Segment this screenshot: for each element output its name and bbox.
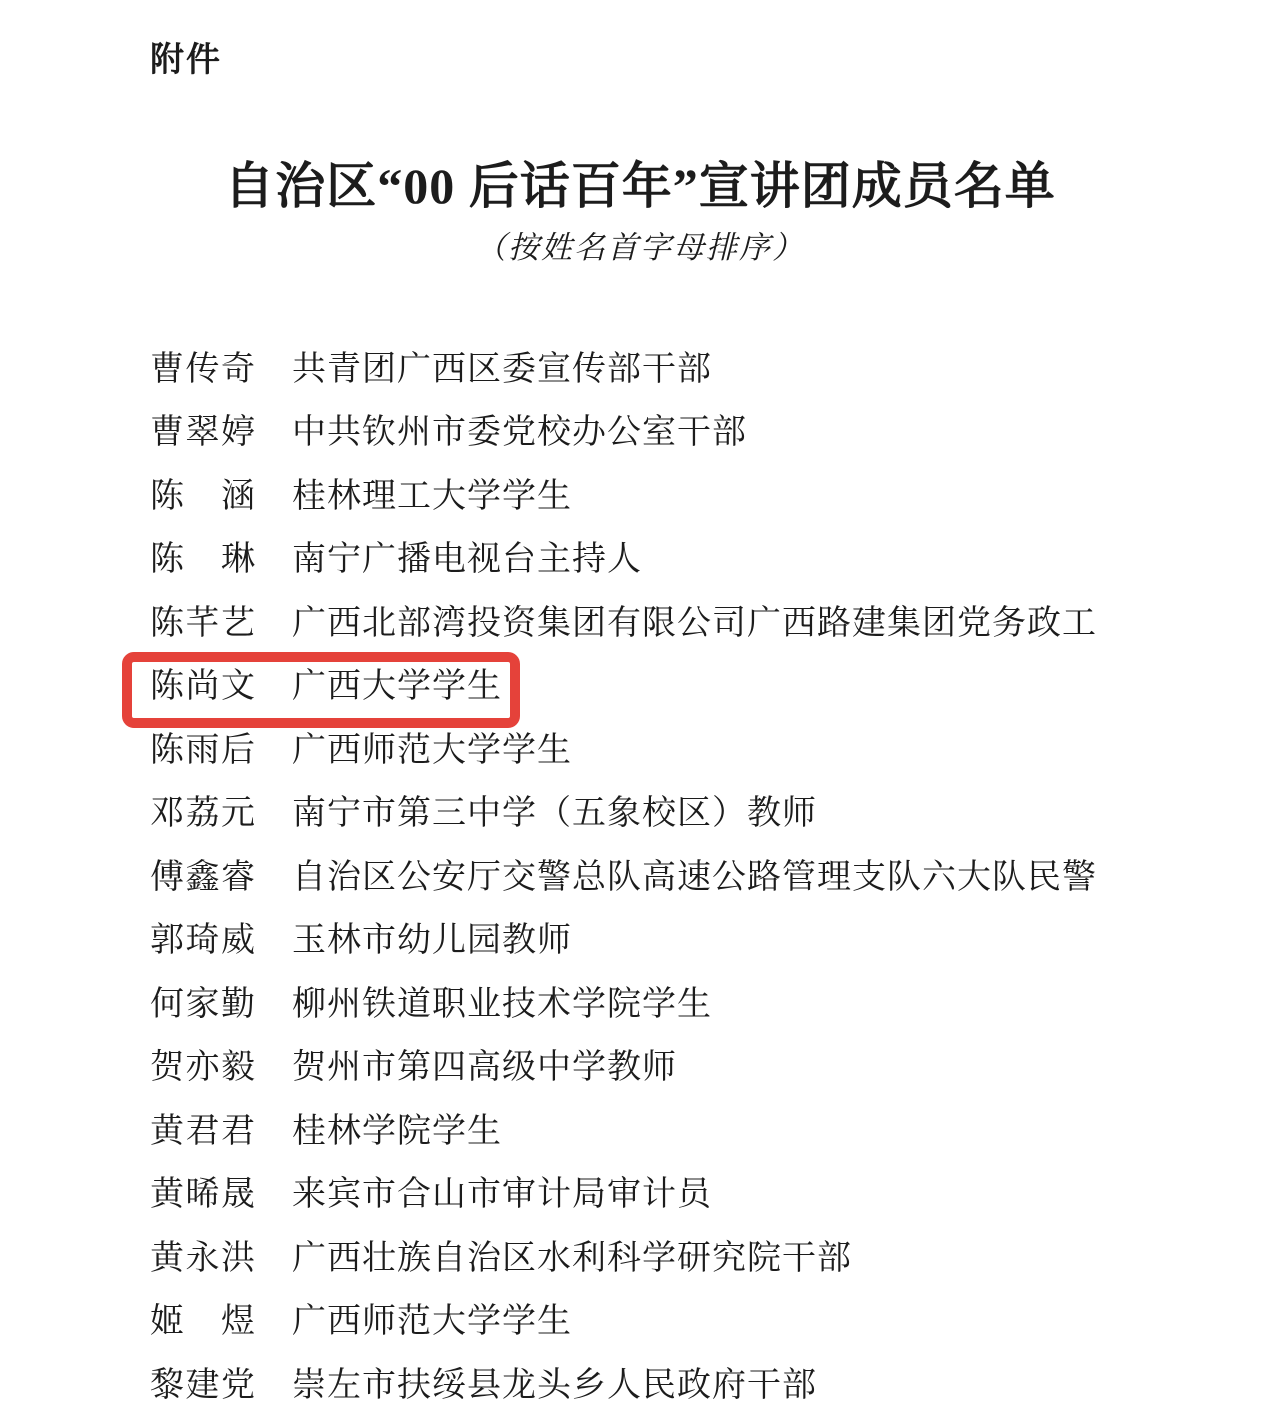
- member-row: 陈芊艺 广西北部湾投资集团有限公司广西路建集团党务政工: [150, 592, 1160, 656]
- member-name: 陈琳: [150, 543, 255, 577]
- member-affiliation: 玉林市幼儿园教师: [292, 924, 572, 958]
- member-name-char: 芊: [186, 607, 220, 641]
- member-name-char: 奇: [221, 353, 255, 387]
- member-name-char: 鑫: [186, 861, 220, 895]
- member-name-char: 何: [150, 988, 184, 1022]
- member-affiliation: 共青团广西区委宣传部干部: [292, 353, 712, 387]
- member-name-char: 黄: [150, 1242, 184, 1276]
- member-affiliation: 桂林学院学生: [292, 1115, 502, 1149]
- member-name-char: 邓: [150, 797, 184, 831]
- member-name-char: 傅: [150, 861, 184, 895]
- member-name-char: 婷: [221, 416, 255, 450]
- member-row: 何家勤 柳州铁道职业技术学院学生: [150, 973, 1160, 1037]
- member-name-char: 建: [186, 1369, 220, 1403]
- member-name-char: 荔: [186, 797, 220, 831]
- member-name-char: 毅: [221, 1051, 255, 1085]
- member-name-char: 黄: [150, 1178, 184, 1212]
- member-name: 黄晞晟: [150, 1178, 255, 1212]
- member-name-char: 曹: [150, 416, 184, 450]
- attachment-label: 附件: [150, 32, 222, 81]
- member-affiliation: 自治区公安厅交警总队高速公路管理支队六大队民警: [292, 861, 1097, 895]
- member-affiliation: 贺州市第四高级中学教师: [292, 1051, 677, 1085]
- member-name-char: 后: [221, 734, 255, 768]
- member-name-char: 姬: [150, 1305, 184, 1339]
- member-row: 曹翠婷 中共钦州市委党校办公室干部: [150, 402, 1160, 466]
- member-name-char: 陈: [150, 607, 184, 641]
- member-affiliation: 南宁广播电视台主持人: [292, 543, 642, 577]
- member-name-char: 陈: [150, 670, 184, 704]
- member-name-char: 黎: [150, 1369, 184, 1403]
- document-title: 自治区“00 后话百年”宣讲团成员名单: [0, 146, 1280, 218]
- member-name: 曹传奇: [150, 353, 255, 387]
- member-affiliation: 柳州铁道职业技术学院学生: [292, 988, 712, 1022]
- member-name: 陈雨后: [150, 734, 255, 768]
- member-name-char: 洪: [221, 1242, 255, 1276]
- member-name: 贺亦毅: [150, 1051, 255, 1085]
- member-affiliation: 广西大学学生: [292, 670, 502, 704]
- member-name-char: 晟: [221, 1178, 255, 1212]
- member-name: 何家勤: [150, 988, 255, 1022]
- member-name-char: 永: [186, 1242, 220, 1276]
- member-name-char: 君: [221, 1115, 255, 1149]
- member-affiliation: 广西师范大学学生: [292, 1305, 572, 1339]
- member-row: 傅鑫睿 自治区公安厅交警总队高速公路管理支队六大队民警: [150, 846, 1160, 910]
- member-name-char: 郭: [150, 924, 184, 958]
- member-name: 黄君君: [150, 1115, 255, 1149]
- member-name-char: 翠: [186, 416, 220, 450]
- member-name-char: 涵: [221, 480, 255, 514]
- member-name-char: 陈: [150, 543, 184, 577]
- member-name-char: 威: [221, 924, 255, 958]
- member-row: 黎建党 崇左市扶绥县龙头乡人民政府干部: [150, 1354, 1160, 1418]
- document-page: 附件 自治区“00 后话百年”宣讲团成员名单 （按姓名首字母排序） 曹传奇 共青…: [0, 0, 1280, 1422]
- member-name-char: 君: [186, 1115, 220, 1149]
- member-row: 黄君君 桂林学院学生: [150, 1100, 1160, 1164]
- member-name: 陈涵: [150, 480, 255, 514]
- member-name: 陈尚文: [150, 670, 255, 704]
- member-row: 郭琦威 玉林市幼儿园教师: [150, 910, 1160, 974]
- member-name-char: 文: [221, 670, 255, 704]
- member-affiliation: 广西壮族自治区水利科学研究院干部: [292, 1242, 852, 1276]
- member-name: 黄永洪: [150, 1242, 255, 1276]
- member-row: 陈涵 桂林理工大学学生: [150, 465, 1160, 529]
- member-name-char: 晞: [186, 1178, 220, 1212]
- member-name-char: 艺: [221, 607, 255, 641]
- member-name-char: 琳: [221, 543, 255, 577]
- member-name-char: 家: [186, 988, 220, 1022]
- member-name-char: 睿: [221, 861, 255, 895]
- member-name: 姬煜: [150, 1305, 255, 1339]
- member-name-char: 亦: [186, 1051, 220, 1085]
- member-name-char: 陈: [150, 734, 184, 768]
- member-row: 黄永洪 广西壮族自治区水利科学研究院干部: [150, 1227, 1160, 1291]
- document-subtitle: （按姓名首字母排序）: [0, 222, 1280, 267]
- member-name-char: 贺: [150, 1051, 184, 1085]
- member-row: 陈尚文 广西大学学生: [150, 656, 1160, 720]
- member-name: 黎建党: [150, 1369, 255, 1403]
- member-row: 贺亦毅 贺州市第四高级中学教师: [150, 1037, 1160, 1101]
- member-row: 曹传奇 共青团广西区委宣传部干部: [150, 338, 1160, 402]
- member-affiliation: 广西北部湾投资集团有限公司广西路建集团党务政工: [292, 607, 1097, 641]
- member-row: 陈雨后 广西师范大学学生: [150, 719, 1160, 783]
- member-affiliation: 桂林理工大学学生: [292, 480, 572, 514]
- member-name: 傅鑫睿: [150, 861, 255, 895]
- member-row: 黄晞晟 来宾市合山市审计局审计员: [150, 1164, 1160, 1228]
- member-row: 姬煜 广西师范大学学生: [150, 1291, 1160, 1355]
- member-affiliation: 来宾市合山市审计局审计员: [292, 1178, 712, 1212]
- member-name-char: 党: [221, 1369, 255, 1403]
- member-name-char: 黄: [150, 1115, 184, 1149]
- member-row: 邓荔元 南宁市第三中学（五象校区）教师: [150, 783, 1160, 847]
- member-name-char: 尚: [186, 670, 220, 704]
- member-name: 曹翠婷: [150, 416, 255, 450]
- member-name-char: 传: [186, 353, 220, 387]
- member-name: 郭琦威: [150, 924, 255, 958]
- member-affiliation: 中共钦州市委党校办公室干部: [292, 416, 747, 450]
- member-name-char: 勤: [221, 988, 255, 1022]
- member-name-char: 曹: [150, 353, 184, 387]
- member-name-char: 陈: [150, 480, 184, 514]
- member-name: 陈芊艺: [150, 607, 255, 641]
- member-row: 陈琳 南宁广播电视台主持人: [150, 529, 1160, 593]
- member-name: 邓荔元: [150, 797, 255, 831]
- member-name-char: 元: [221, 797, 255, 831]
- member-affiliation: 崇左市扶绥县龙头乡人民政府干部: [292, 1369, 817, 1403]
- member-affiliation: 南宁市第三中学（五象校区）教师: [292, 797, 817, 831]
- member-name-char: 雨: [186, 734, 220, 768]
- member-name-char: 煜: [221, 1305, 255, 1339]
- member-list: 曹传奇 共青团广西区委宣传部干部 曹翠婷 中共钦州市委党校办公室干部 陈涵 桂林…: [150, 338, 1160, 1418]
- member-name-char: 琦: [186, 924, 220, 958]
- member-affiliation: 广西师范大学学生: [292, 734, 572, 768]
